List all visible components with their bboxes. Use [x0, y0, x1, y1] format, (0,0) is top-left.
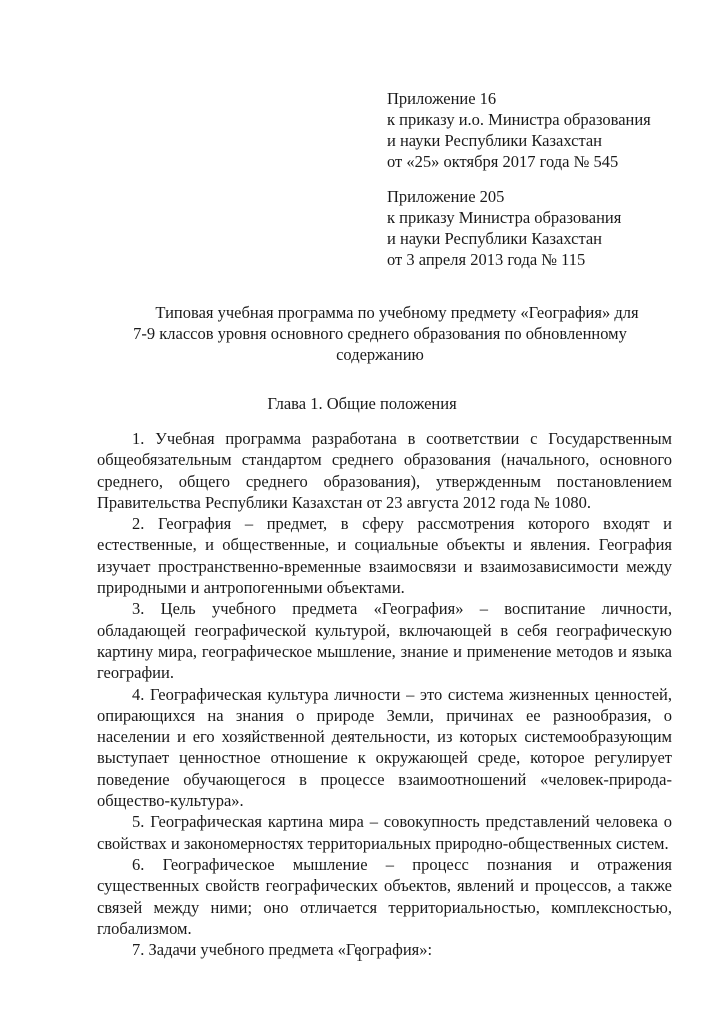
appendix-205-block: Приложение 205 к приказу Министра образо… [387, 186, 621, 270]
appendix-line: Приложение 16 [387, 88, 651, 109]
appendix-16-block: Приложение 16 к приказу и.о. Министра об… [387, 88, 651, 172]
appendix-line: к приказу и.о. Министра образования [387, 109, 651, 130]
paragraph-2: 2. География – предмет, в сферу рассмотр… [97, 513, 672, 598]
title-line: Типовая учебная программа по учебному пр… [110, 302, 650, 323]
appendix-line: и науки Республики Казахстан [387, 228, 621, 249]
appendix-line: и науки Республики Казахстан [387, 130, 651, 151]
appendix-line: Приложение 205 [387, 186, 621, 207]
document-title: Типовая учебная программа по учебному пр… [110, 302, 650, 365]
appendix-line: от 3 апреля 2013 года № 115 [387, 249, 621, 270]
paragraph-1: 1. Учебная программа разработана в соотв… [97, 428, 672, 513]
title-line: 7-9 классов уровня основного среднего об… [110, 323, 650, 344]
document-page: Приложение 16 к приказу и.о. Министра об… [0, 0, 724, 1024]
paragraph-7: 7. Задачи учебного предмета «География»: [97, 939, 672, 960]
page-number: 1 [356, 950, 363, 966]
paragraph-3: 3. Цель учебного предмета «География» – … [97, 598, 672, 683]
paragraph-5: 5. Географическая картина мира – совокуп… [97, 811, 672, 854]
chapter-heading: Глава 1. Общие положения [0, 393, 724, 414]
paragraph-4: 4. Географическая культура личности – эт… [97, 684, 672, 812]
appendix-line: от «25» октября 2017 года № 545 [387, 151, 651, 172]
title-line: содержанию [110, 344, 650, 365]
body-text: 1. Учебная программа разработана в соотв… [97, 428, 672, 960]
appendix-line: к приказу Министра образования [387, 207, 621, 228]
paragraph-6: 6. Географическое мышление – процесс поз… [97, 854, 672, 939]
